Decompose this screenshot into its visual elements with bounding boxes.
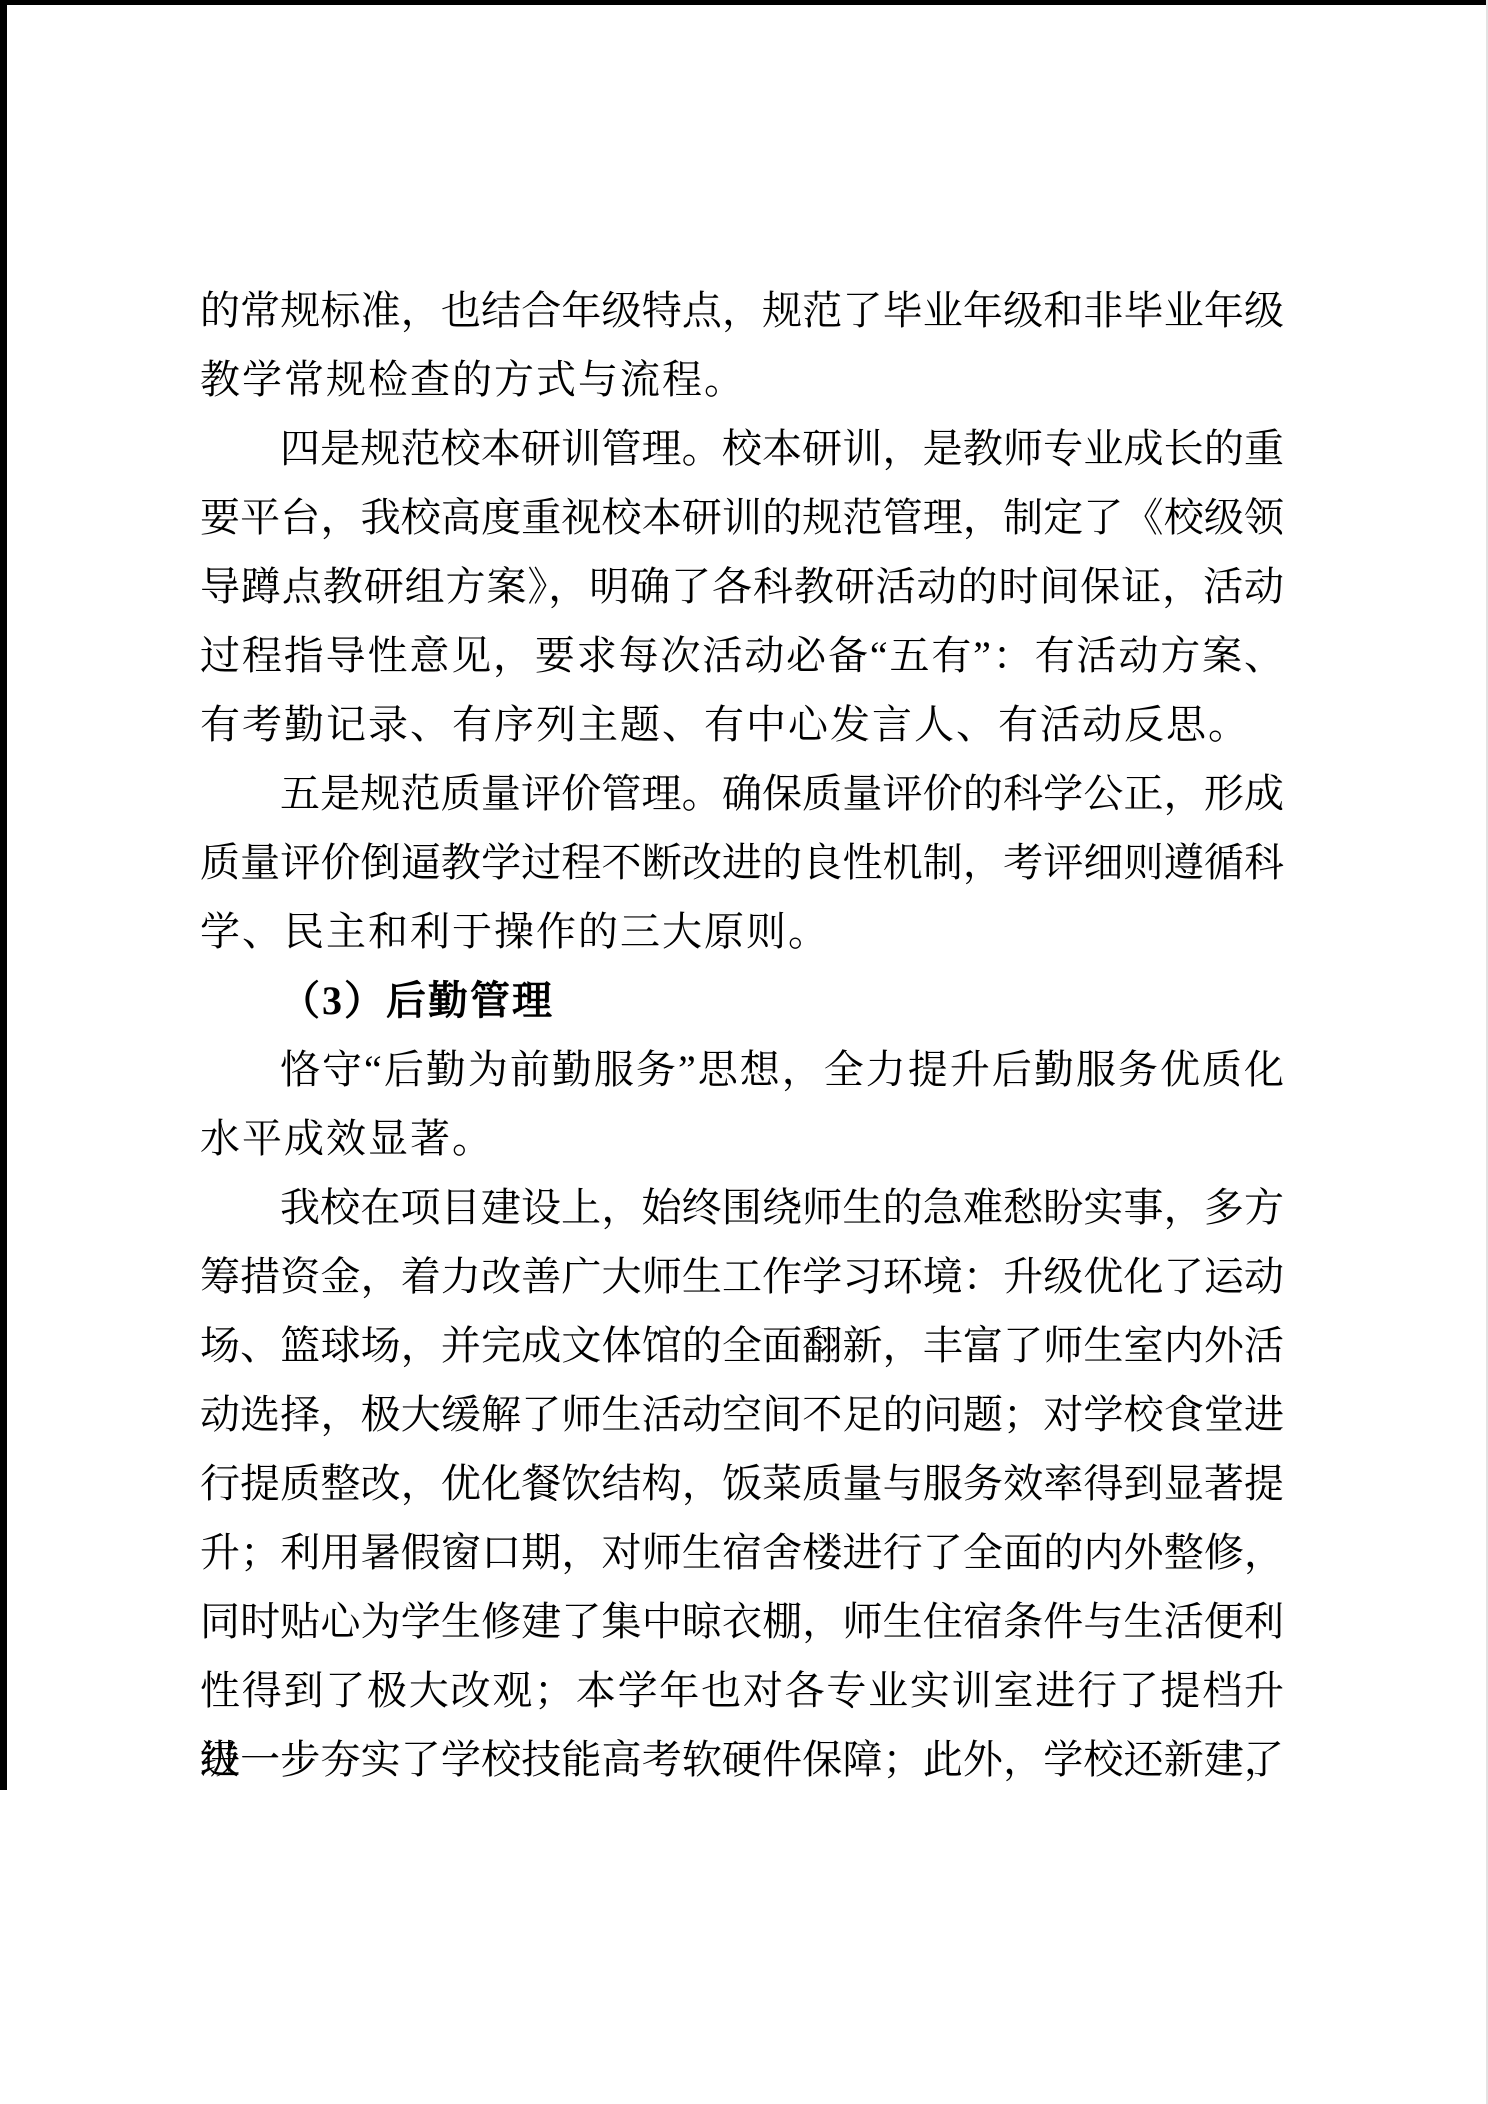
text-line: 过程指导性意见，要求每次活动必备“五有”：有活动方案、 — [200, 621, 1284, 690]
text-line: 进一步夯实了学校技能高考软硬件保障；此外，学校还新建了 — [200, 1725, 1284, 1794]
text-line: 动选择，极大缓解了师生活动空间不足的问题；对学校食堂进 — [200, 1380, 1284, 1449]
document-content: 的常规标准，也结合年级特点，规范了毕业年级和非毕业年级 教学常规检查的方式与流程… — [200, 276, 1284, 1794]
text-line: 的常规标准，也结合年级特点，规范了毕业年级和非毕业年级 — [200, 276, 1284, 345]
text-line: 行提质整改，优化餐饮结构，饭菜质量与服务效率得到显著提 — [200, 1449, 1284, 1518]
text-line: 导蹲点教研组方案》，明确了各科教研活动的时间保证，活动 — [200, 552, 1284, 621]
text-line: 学、民主和利于操作的三大原则。 — [200, 897, 1284, 966]
text-line: 有考勤记录、有序列主题、有中心发言人、有活动反思。 — [200, 690, 1284, 759]
document-page: 的常规标准，也结合年级特点，规范了毕业年级和非毕业年级 教学常规检查的方式与流程… — [0, 0, 1488, 2104]
text-line: 同时贴心为学生修建了集中晾衣棚，师生住宿条件与生活便利 — [200, 1587, 1284, 1656]
scan-top-edge — [0, 0, 1488, 5]
text-line: 五是规范质量评价管理。确保质量评价的科学公正，形成 — [200, 759, 1284, 828]
text-line: 性得到了极大改观；本学年也对各专业实训室进行了提档升级， — [200, 1656, 1284, 1725]
text-line: 升；利用暑假窗口期，对师生宿舍楼进行了全面的内外整修， — [200, 1518, 1284, 1587]
text-line: 筹措资金，着力改善广大师生工作学习环境：升级优化了运动 — [200, 1242, 1284, 1311]
text-line: 要平台，我校高度重视校本研训的规范管理，制定了《校级领 — [200, 483, 1284, 552]
text-line: 教学常规检查的方式与流程。 — [200, 345, 1284, 414]
text-line: 场、篮球场，并完成文体馆的全面翻新，丰富了师生室内外活 — [200, 1311, 1284, 1380]
text-line: 质量评价倒逼教学过程不断改进的良性机制，考评细则遵循科 — [200, 828, 1284, 897]
text-line: 恪守“后勤为前勤服务”思想，全力提升后勤服务优质化 — [200, 1035, 1284, 1104]
section-heading: （3）后勤管理 — [200, 966, 1284, 1035]
scan-left-edge — [0, 0, 7, 1790]
text-line: 我校在项目建设上，始终围绕师生的急难愁盼实事，多方 — [200, 1173, 1284, 1242]
text-line: 水平成效显著。 — [200, 1104, 1284, 1173]
text-line: 四是规范校本研训管理。校本研训，是教师专业成长的重 — [200, 414, 1284, 483]
